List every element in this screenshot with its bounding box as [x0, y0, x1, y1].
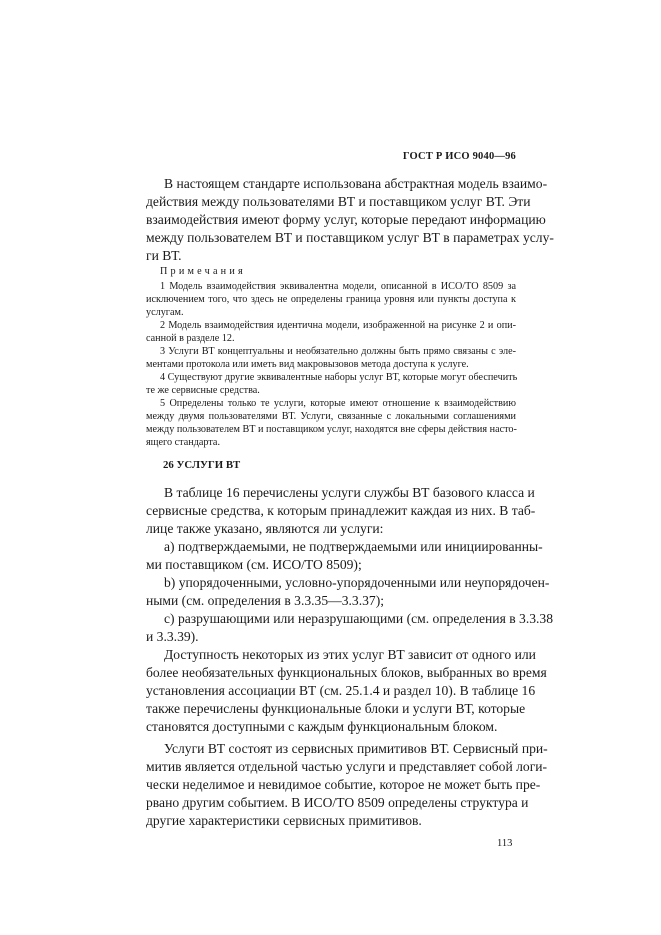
note-line: 3 Услуги ВТ концептуальны и необязательн…	[160, 346, 516, 357]
list-item-a: a) подтверждаемыми, не подтверждаемыми и…	[164, 539, 516, 555]
note-line: санной в разделе 12.	[146, 333, 516, 344]
note-line: 5 Определены только те услуги, которые и…	[160, 398, 516, 409]
list-item-a-cont: ми поставщиком (см. ИСО/ТО 8509);	[146, 557, 516, 573]
section-line: установления ассоциации ВТ (см. 25.1.4 и…	[146, 683, 516, 699]
page-number: 113	[497, 838, 512, 849]
section-line: другие характеристики сервисных примитив…	[146, 813, 516, 829]
section-line: Доступность некоторых из этих услуг ВТ з…	[164, 647, 516, 663]
section-line: В таблице 16 перечислены услуги службы В…	[164, 485, 516, 501]
note-line: ящего стандарта.	[146, 437, 516, 448]
note-line: 4 Существуют другие эквивалентные наборы…	[160, 372, 516, 383]
intro-line: между пользователем ВТ и поставщиком усл…	[146, 230, 516, 246]
section-line: более необязательных функциональных блок…	[146, 665, 516, 681]
list-item-b: b) упорядоченными, условно-упорядоченным…	[164, 575, 516, 591]
note-line: услугам.	[146, 307, 516, 318]
section-title: 26 УСЛУГИ ВТ	[163, 459, 533, 471]
section-line: сервисные средства, к которым принадлежи…	[146, 503, 516, 519]
section-line: митив является отдельной частью услуги и…	[146, 759, 516, 775]
intro-line: В настоящем стандарте использована абстр…	[164, 176, 516, 192]
note-line: те же сервисные средства.	[146, 385, 516, 396]
intro-line: действия между пользователями ВТ и поста…	[146, 194, 516, 210]
note-line: 2 Модель взаимодействия идентична модели…	[160, 320, 516, 331]
section-line: становятся доступными с каждым функциона…	[146, 719, 516, 735]
note-line: ментами протокола или иметь вид макровыз…	[146, 359, 516, 370]
document-page: ГОСТ Р ИСО 9040—96 В настоящем стандарте…	[0, 0, 661, 935]
list-item-b-cont: ными (см. определения в 3.3.35—3.3.37);	[146, 593, 516, 609]
list-item-c: c) разрушающими или неразрушающими (см. …	[164, 611, 516, 627]
intro-line: ги ВТ.	[146, 248, 516, 264]
section-line: также перечислены функциональные блоки и…	[146, 701, 516, 717]
section-line: лице также указано, являются ли услуги:	[146, 521, 516, 537]
note-line: между двумя пользователями ВТ. Услуги, с…	[146, 411, 516, 422]
note-line: 1 Модель взаимодействия эквивалентна мод…	[160, 281, 516, 292]
notes-heading: Примечания	[160, 266, 516, 277]
note-line: между пользователем ВТ и поставщиком усл…	[146, 424, 516, 435]
note-line: исключением того, что здесь не определен…	[146, 294, 516, 305]
section-line: рвано другим событием. В ИСО/ТО 8509 опр…	[146, 795, 516, 811]
standard-header: ГОСТ Р ИСО 9040—96	[372, 151, 516, 162]
list-item-c-cont: и 3.3.39).	[146, 629, 516, 645]
section-line: Услуги ВТ состоят из сервисных примитиво…	[164, 741, 516, 757]
section-line: чески неделимое и невидимое событие, кот…	[146, 777, 516, 793]
intro-line: взаимодействия имеют форму услуг, которы…	[146, 212, 516, 228]
